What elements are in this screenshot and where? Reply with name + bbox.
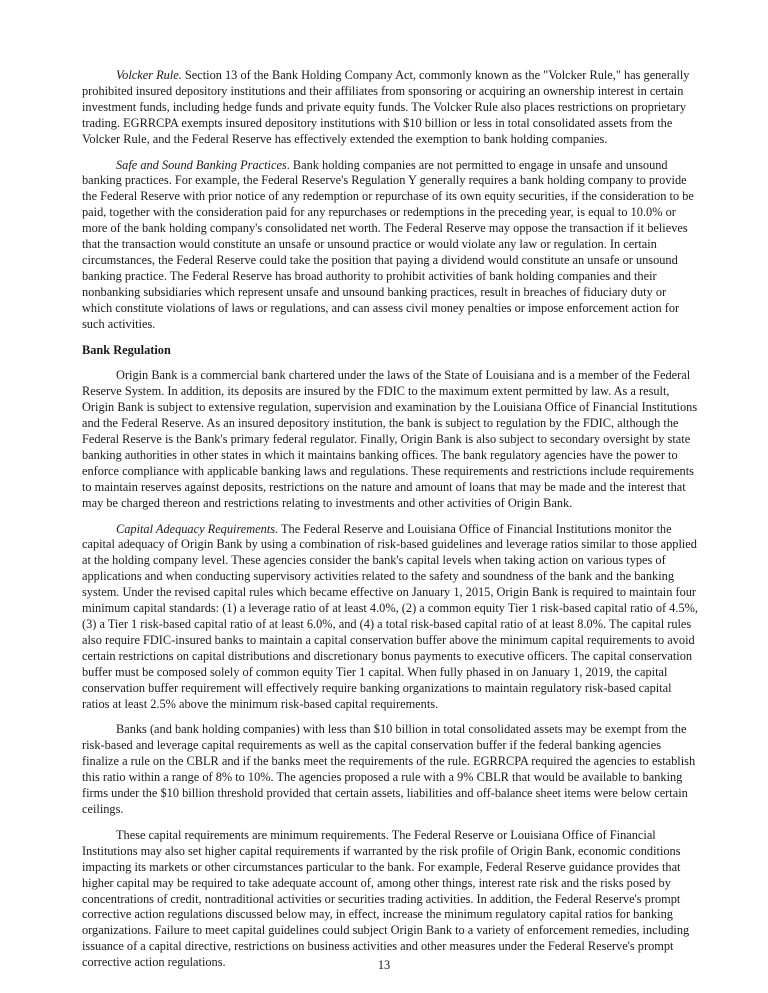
paragraph-lead: Capital Adequacy Requirements. [116,522,278,536]
paragraph-capital-adequacy: Capital Adequacy Requirements. The Feder… [82,522,698,713]
section-heading-bank-regulation: Bank Regulation [82,343,698,359]
paragraph-text: . Bank holding companies are not permitt… [82,158,694,331]
paragraph-origin-bank-overview: Origin Bank is a commercial bank charter… [82,368,698,511]
paragraph-text: The Federal Reserve and Louisiana Office… [82,522,698,711]
paragraph-text: These capital requirements are minimum r… [82,828,689,969]
paragraph-safe-sound-banking: Safe and Sound Banking Practices. Bank h… [82,158,698,333]
paragraph-lead: Volcker Rule. [116,68,182,82]
page-number: 13 [0,958,768,973]
paragraph-text: Origin Bank is a commercial bank charter… [82,368,697,509]
document-page: Volcker Rule. Section 13 of the Bank Hol… [82,68,698,981]
paragraph-minimum-requirements: These capital requirements are minimum r… [82,828,698,971]
paragraph-cblr-exemption: Banks (and bank holding companies) with … [82,722,698,817]
paragraph-volcker-rule: Volcker Rule. Section 13 of the Bank Hol… [82,68,698,148]
paragraph-text: Banks (and bank holding companies) with … [82,722,695,816]
paragraph-lead: Safe and Sound Banking Practices [116,158,287,172]
